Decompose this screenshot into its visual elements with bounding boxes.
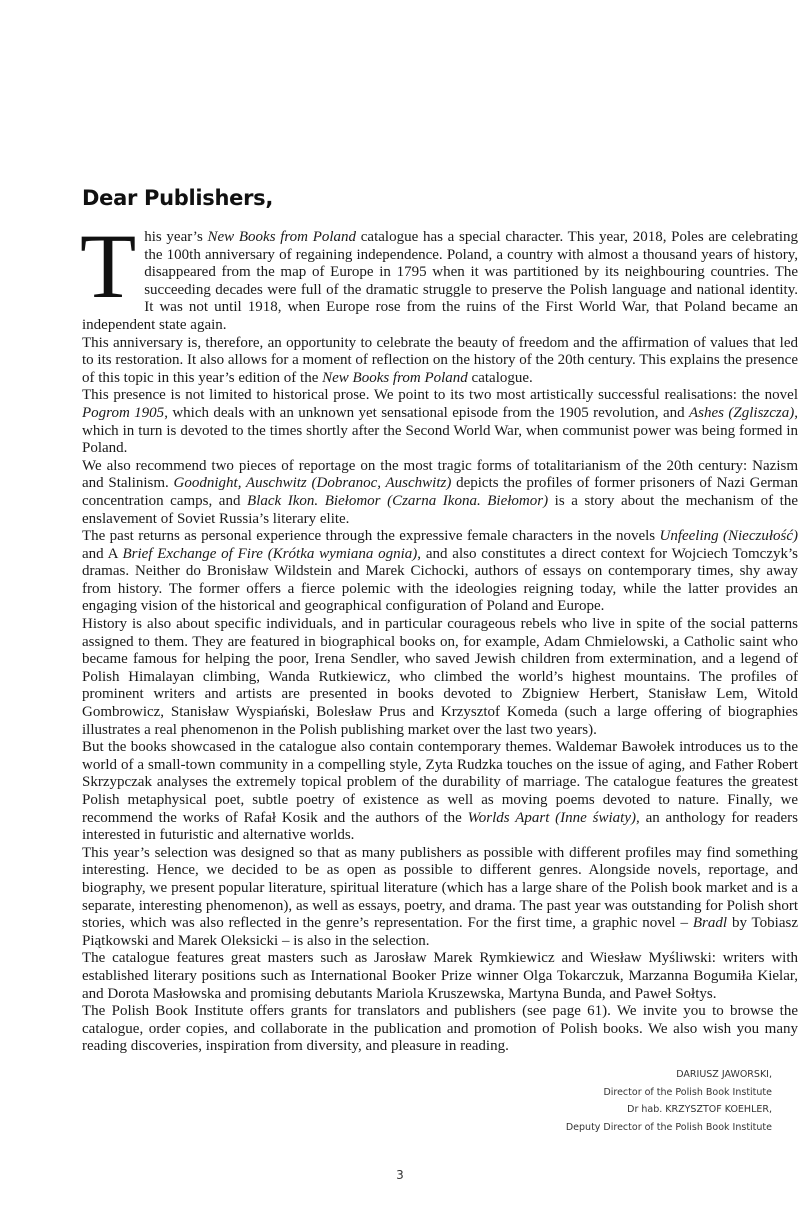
- body-paragraph: The catalogue features great masters suc…: [82, 950, 798, 1003]
- book-title: New Books from Poland: [208, 229, 357, 245]
- book-title: New Books from Poland: [322, 370, 468, 386]
- book-title: Goodnight, Auschwitz (Dobranoc, Auschwit…: [174, 475, 452, 491]
- book-title: Pogrom 1905: [82, 405, 164, 421]
- signature-block: DARIUSZ JAWORSKI, Director of the Polish…: [566, 1066, 772, 1136]
- book-title: Bradl: [693, 915, 727, 931]
- body-paragraph: We also recommend two pieces of reportag…: [82, 458, 798, 528]
- body-paragraph: This year’s selection was designed so th…: [82, 845, 798, 951]
- signatory-name: DARIUSZ JAWORSKI,: [566, 1066, 772, 1084]
- signatory-title: Deputy Director of the Polish Book Insti…: [566, 1119, 772, 1137]
- body-paragraph: This anniversary is, therefore, an oppor…: [82, 335, 798, 388]
- page-number: 3: [0, 1168, 800, 1182]
- book-title: Unfeeling (Nie­czułość): [659, 528, 798, 544]
- signatory-title: Director of the Polish Book Institute: [566, 1084, 772, 1102]
- body-paragraph: But the books showcased in the catalogue…: [82, 739, 798, 845]
- book-title: Worlds Apart (Inne światy): [468, 810, 636, 826]
- book-title: Black Ikon. Biełomor (Czarna Ikona. Bieł…: [247, 493, 548, 509]
- book-title: Brief Exchange of Fire (Krótka wymiana o…: [122, 546, 417, 562]
- body-paragraph: The past returns as personal experience …: [82, 528, 798, 616]
- signatory-name: Dr hab. KRZYSZTOF KOEHLER,: [566, 1101, 772, 1119]
- body-paragraph: History is also about specific individua…: [82, 616, 798, 739]
- body-paragraph: This presence is not limited to historic…: [82, 387, 798, 457]
- body-paragraph: The Polish Book Institute offers grants …: [82, 1003, 798, 1056]
- letter-heading: Dear Publishers,: [82, 186, 273, 210]
- letter-body: This year’s New Books from Poland catalo…: [82, 229, 798, 1056]
- drop-cap: T: [80, 231, 136, 301]
- body-paragraph: This year’s New Books from Poland catalo…: [82, 229, 798, 335]
- book-title: Ashes (Zgliszcza): [689, 405, 794, 421]
